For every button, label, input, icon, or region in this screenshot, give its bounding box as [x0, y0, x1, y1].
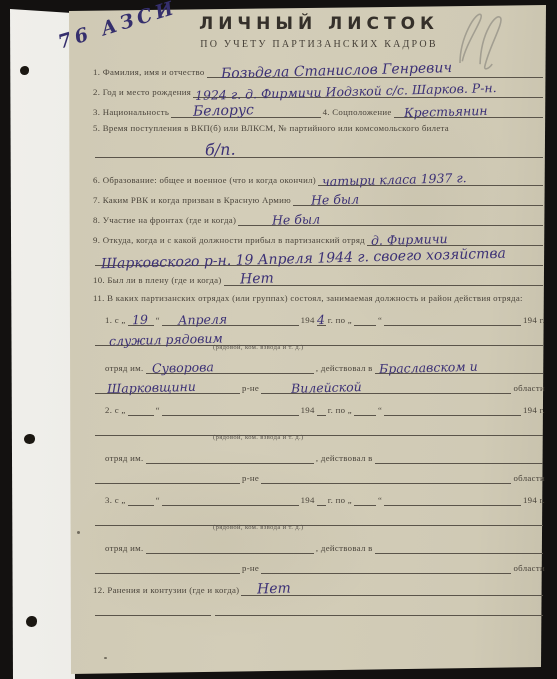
field-12-value: Нет: [257, 581, 291, 598]
entry-3-quote2: “: [378, 495, 382, 506]
form-subtitle: ПО УЧЕТУ ПАРТИЗАНСКИХ КАДРОВ: [93, 39, 545, 50]
unit-entry-1-duty: служил рядовим: [93, 328, 545, 346]
punch-hole: [20, 66, 29, 75]
field-8-label: 8. Участие на фронтах (где и когда): [93, 215, 236, 226]
entry-1-year1: 194: [301, 315, 315, 326]
entry-2-num: 2. с „: [105, 405, 126, 416]
field-2-line: 1924 г. д. Фирмичи Иодзкой с/с. Шарков. …: [193, 83, 543, 98]
entry-1-otryad-line: Суворова: [146, 359, 314, 374]
entry-2-day2-line: [354, 401, 376, 416]
entry-1-gpo: г. по „: [328, 315, 352, 326]
unit-entry-1-otryad: отряд им. Суворова , действовал в Брасла…: [93, 356, 545, 374]
blank-line-short: [95, 601, 211, 616]
field-9-value: д. Фирмичи: [371, 231, 448, 248]
entry-3-region-line: [95, 559, 240, 574]
unit-entry-2-region: р-не области: [93, 466, 545, 484]
field-12-label: 12. Ранения и контузии (где и когда): [93, 585, 239, 596]
entry-2-month-line: [162, 401, 299, 416]
field-5-value: б/п.: [205, 140, 236, 160]
duty-caption: (рядовой, ком. взвода и т. д.): [213, 524, 304, 531]
entry-1-acted: Браславском и: [378, 359, 477, 377]
entry-1-acted-label: , действовал в: [316, 363, 373, 374]
entry-1-oblast-label: области: [513, 383, 545, 394]
field-10-value: Нет: [239, 271, 273, 288]
entry-3-acted-label: , действовал в: [316, 543, 373, 554]
field-12-line: Нет: [241, 581, 543, 596]
entry-3-oblast-line: [261, 559, 511, 574]
field-9-line-2: Шарковского р-н. 19 Апреля 1944 г. своег…: [95, 251, 543, 266]
entry-1-day: 19: [131, 312, 147, 327]
entry-1-region: Шарковщини: [107, 379, 196, 396]
entry-1-year1-line: 4: [317, 311, 326, 326]
entry-3-oblast-label: области: [513, 563, 545, 574]
blank-line-row: [93, 598, 545, 616]
duty-caption-row: (рядовой, ком. взвода и т. д.): [93, 436, 545, 444]
entry-1-day2-line: [354, 311, 376, 326]
entry-2-oblast-line: [261, 469, 511, 484]
entry-3-rne-label: р-не: [242, 563, 259, 574]
entry-2-otryad-line: [146, 449, 314, 464]
unit-entry-3-dates: 3. с „ “ 194 г. по „ “ 194 г.: [93, 488, 545, 506]
entry-3-gpo: г. по „: [328, 495, 352, 506]
field-7-value: Не был: [311, 191, 359, 207]
entry-2-year1: 194: [301, 405, 315, 416]
field-row-birth: 2. Год и место рождения 1924 г. д. Фирми…: [93, 80, 545, 98]
field-6-value: чатыри класа 1937 г.: [322, 170, 467, 189]
entry-3-year1: 194: [301, 495, 315, 506]
entry-2-year1-line: [317, 401, 326, 416]
entry-2-acted-label: , действовал в: [316, 453, 373, 464]
field-3-line: Белорус: [171, 103, 320, 118]
entry-3-duty-line: [95, 511, 543, 526]
unit-entry-1-dates: 1. с „ 19 “ Апреля 194 4 г. по „ “ 194 г…: [93, 308, 545, 326]
entry-3-month2-line: [384, 491, 521, 506]
entry-3-otryad-line: [146, 539, 314, 554]
entry-3-year1-line: [317, 491, 326, 506]
entry-2-gpo: г. по „: [328, 405, 352, 416]
field-10-line: Нет: [224, 271, 543, 286]
field-4-line: Крестьянин: [394, 103, 543, 118]
entry-1-duty-line: служил рядовим: [95, 331, 543, 346]
entry-1-month-line: Апреля: [162, 311, 299, 326]
punch-hole: [26, 616, 37, 627]
entry-1-oblast-line: Вилейской: [261, 379, 511, 394]
unit-entry-1-region: Шарковщини р-не Вилейской области: [93, 376, 545, 394]
field-9-label: 9. Откуда, когда и с какой должности при…: [93, 235, 365, 246]
field-3-label: 3. Национальность: [93, 107, 169, 118]
punch-hole: [24, 434, 35, 444]
field-1-line: Бозьдела Станислов Генревич: [207, 63, 543, 78]
field-8-line: Не был: [238, 211, 543, 226]
entry-3-num: 3. с „: [105, 495, 126, 506]
entry-2-duty-line: [95, 421, 543, 436]
form-content: ЛИЧНЫЙ ЛИСТОК ПО УЧЕТУ ПАРТИЗАНСКИХ КАДР…: [93, 8, 545, 616]
form-title: ЛИЧНЫЙ ЛИСТОК: [93, 14, 545, 34]
entry-3-quote: “: [156, 495, 160, 506]
field-row-nationality: 3. Национальность Белорус 4. Соцположени…: [93, 100, 545, 118]
entry-1-otryad: Суворова: [151, 359, 213, 376]
field-1-label: 1. Фамилия, имя и отчество: [93, 67, 205, 78]
field-8-value: Не был: [272, 211, 320, 227]
entry-1-acted-line: Браславском и: [375, 359, 543, 374]
field-11-label: 11. В каких партизанских отрядах (или гр…: [93, 292, 545, 304]
unit-entry-3-otryad: отряд им. , действовал в: [93, 536, 545, 554]
unit-entry-3-region: р-не области: [93, 556, 545, 574]
entry-2-quote: “: [156, 405, 160, 416]
unit-entry-2-duty: [93, 418, 545, 436]
entry-3-day-line: [128, 491, 154, 506]
entry-2-otryad-label: отряд им.: [105, 453, 144, 464]
entry-1-quote: “: [156, 315, 160, 326]
blank-line-long: [215, 601, 543, 616]
entry-2-region-line: [95, 469, 240, 484]
field-row-arrival: 9. Откуда, когда и с какой должности при…: [93, 228, 545, 246]
field-7-label: 7. Каким РВК и когда призван в Красную А…: [93, 195, 291, 206]
field-row-fronts: 8. Участие на фронтах (где и когда) Не б…: [93, 208, 545, 226]
dust-speck: [104, 657, 107, 659]
entry-2-year2: 194 г.: [523, 405, 545, 416]
entry-1-year1-hw: 4: [316, 312, 324, 327]
entry-2-day-line: [128, 401, 154, 416]
entry-1-month2-line: [384, 311, 521, 326]
entry-1-otryad-label: отряд им.: [105, 363, 144, 374]
entry-2-rne-label: р-не: [242, 473, 259, 484]
field-6-label: 6. Образование: общее и военное (что и к…: [93, 175, 316, 186]
field-5-label: 5. Время поступления в ВКП(б) или ВЛКСМ,…: [93, 122, 545, 134]
entry-1-rne-label: р-не: [242, 383, 259, 394]
duty-caption: (рядовой, ком. взвода и т. д.): [213, 434, 304, 441]
entry-1-day-line: 19: [128, 311, 154, 326]
field-10-label: 10. Был ли в плену (где и когда): [93, 275, 222, 286]
entry-1-month: Апреля: [178, 311, 228, 327]
field-row-party: б/п.: [93, 140, 545, 158]
entry-2-month2-line: [384, 401, 521, 416]
field-3-value: Белорус: [193, 102, 254, 120]
unit-entry-3-duty: [93, 508, 545, 526]
dust-speck: [77, 531, 80, 534]
entry-2-quote2: “: [378, 405, 382, 416]
entry-3-month-line: [162, 491, 299, 506]
unit-entry-2-otryad: отряд им. , действовал в: [93, 446, 545, 464]
field-row-wounds: 12. Ранения и контузии (где и когда) Нет: [93, 578, 545, 596]
scanned-document: 76 АЗСИ ЛИЧНЫЙ ЛИСТОК ПО УЧЕТУ ПАРТИЗАНС…: [0, 0, 557, 679]
entry-2-oblast-label: области: [513, 473, 545, 484]
duty-caption-row: (рядовой, ком. взвода и т. д.): [93, 526, 545, 534]
field-4-value: Крестьянин: [403, 103, 487, 120]
field-1-value: Бозьдела Станислов Генревич: [220, 60, 451, 82]
field-row-arrival-2: Шарковского р-н. 19 Апреля 1944 г. своег…: [93, 248, 545, 266]
field-2-label: 2. Год и место рождения: [93, 87, 191, 98]
field-6-line: чатыри класа 1937 г.: [318, 171, 543, 186]
entry-3-otryad-label: отряд им.: [105, 543, 144, 554]
entry-1-region-line: Шарковщини: [95, 379, 240, 394]
field-5-line: б/п.: [95, 143, 543, 158]
entry-1-quote2: “: [378, 315, 382, 326]
field-7-line: Не был: [293, 191, 543, 206]
unit-entry-2-dates: 2. с „ “ 194 г. по „ “ 194 г.: [93, 398, 545, 416]
entry-2-acted-line: [375, 449, 543, 464]
field-4-label: 4. Соцположение: [323, 107, 392, 118]
entry-3-year2: 194 г.: [523, 495, 545, 506]
entry-1-oblast: Вилейской: [291, 379, 362, 396]
entry-1-num: 1. с „: [105, 315, 126, 326]
entry-3-day2-line: [354, 491, 376, 506]
duty-caption: (рядовой, ком. взвода и т. д.): [213, 344, 304, 351]
field-row-education: 6. Образование: общее и военное (что и к…: [93, 168, 545, 186]
entry-1-year2: 194 г.: [523, 315, 545, 326]
field-row-surname: 1. Фамилия, имя и отчество Бозьдела Стан…: [93, 60, 545, 78]
field-9-line: д. Фирмичи: [367, 231, 543, 246]
field-row-rvk: 7. Каким РВК и когда призван в Красную А…: [93, 188, 545, 206]
duty-caption-row: (рядовой, ком. взвода и т. д.): [93, 346, 545, 354]
entry-3-acted-line: [375, 539, 543, 554]
